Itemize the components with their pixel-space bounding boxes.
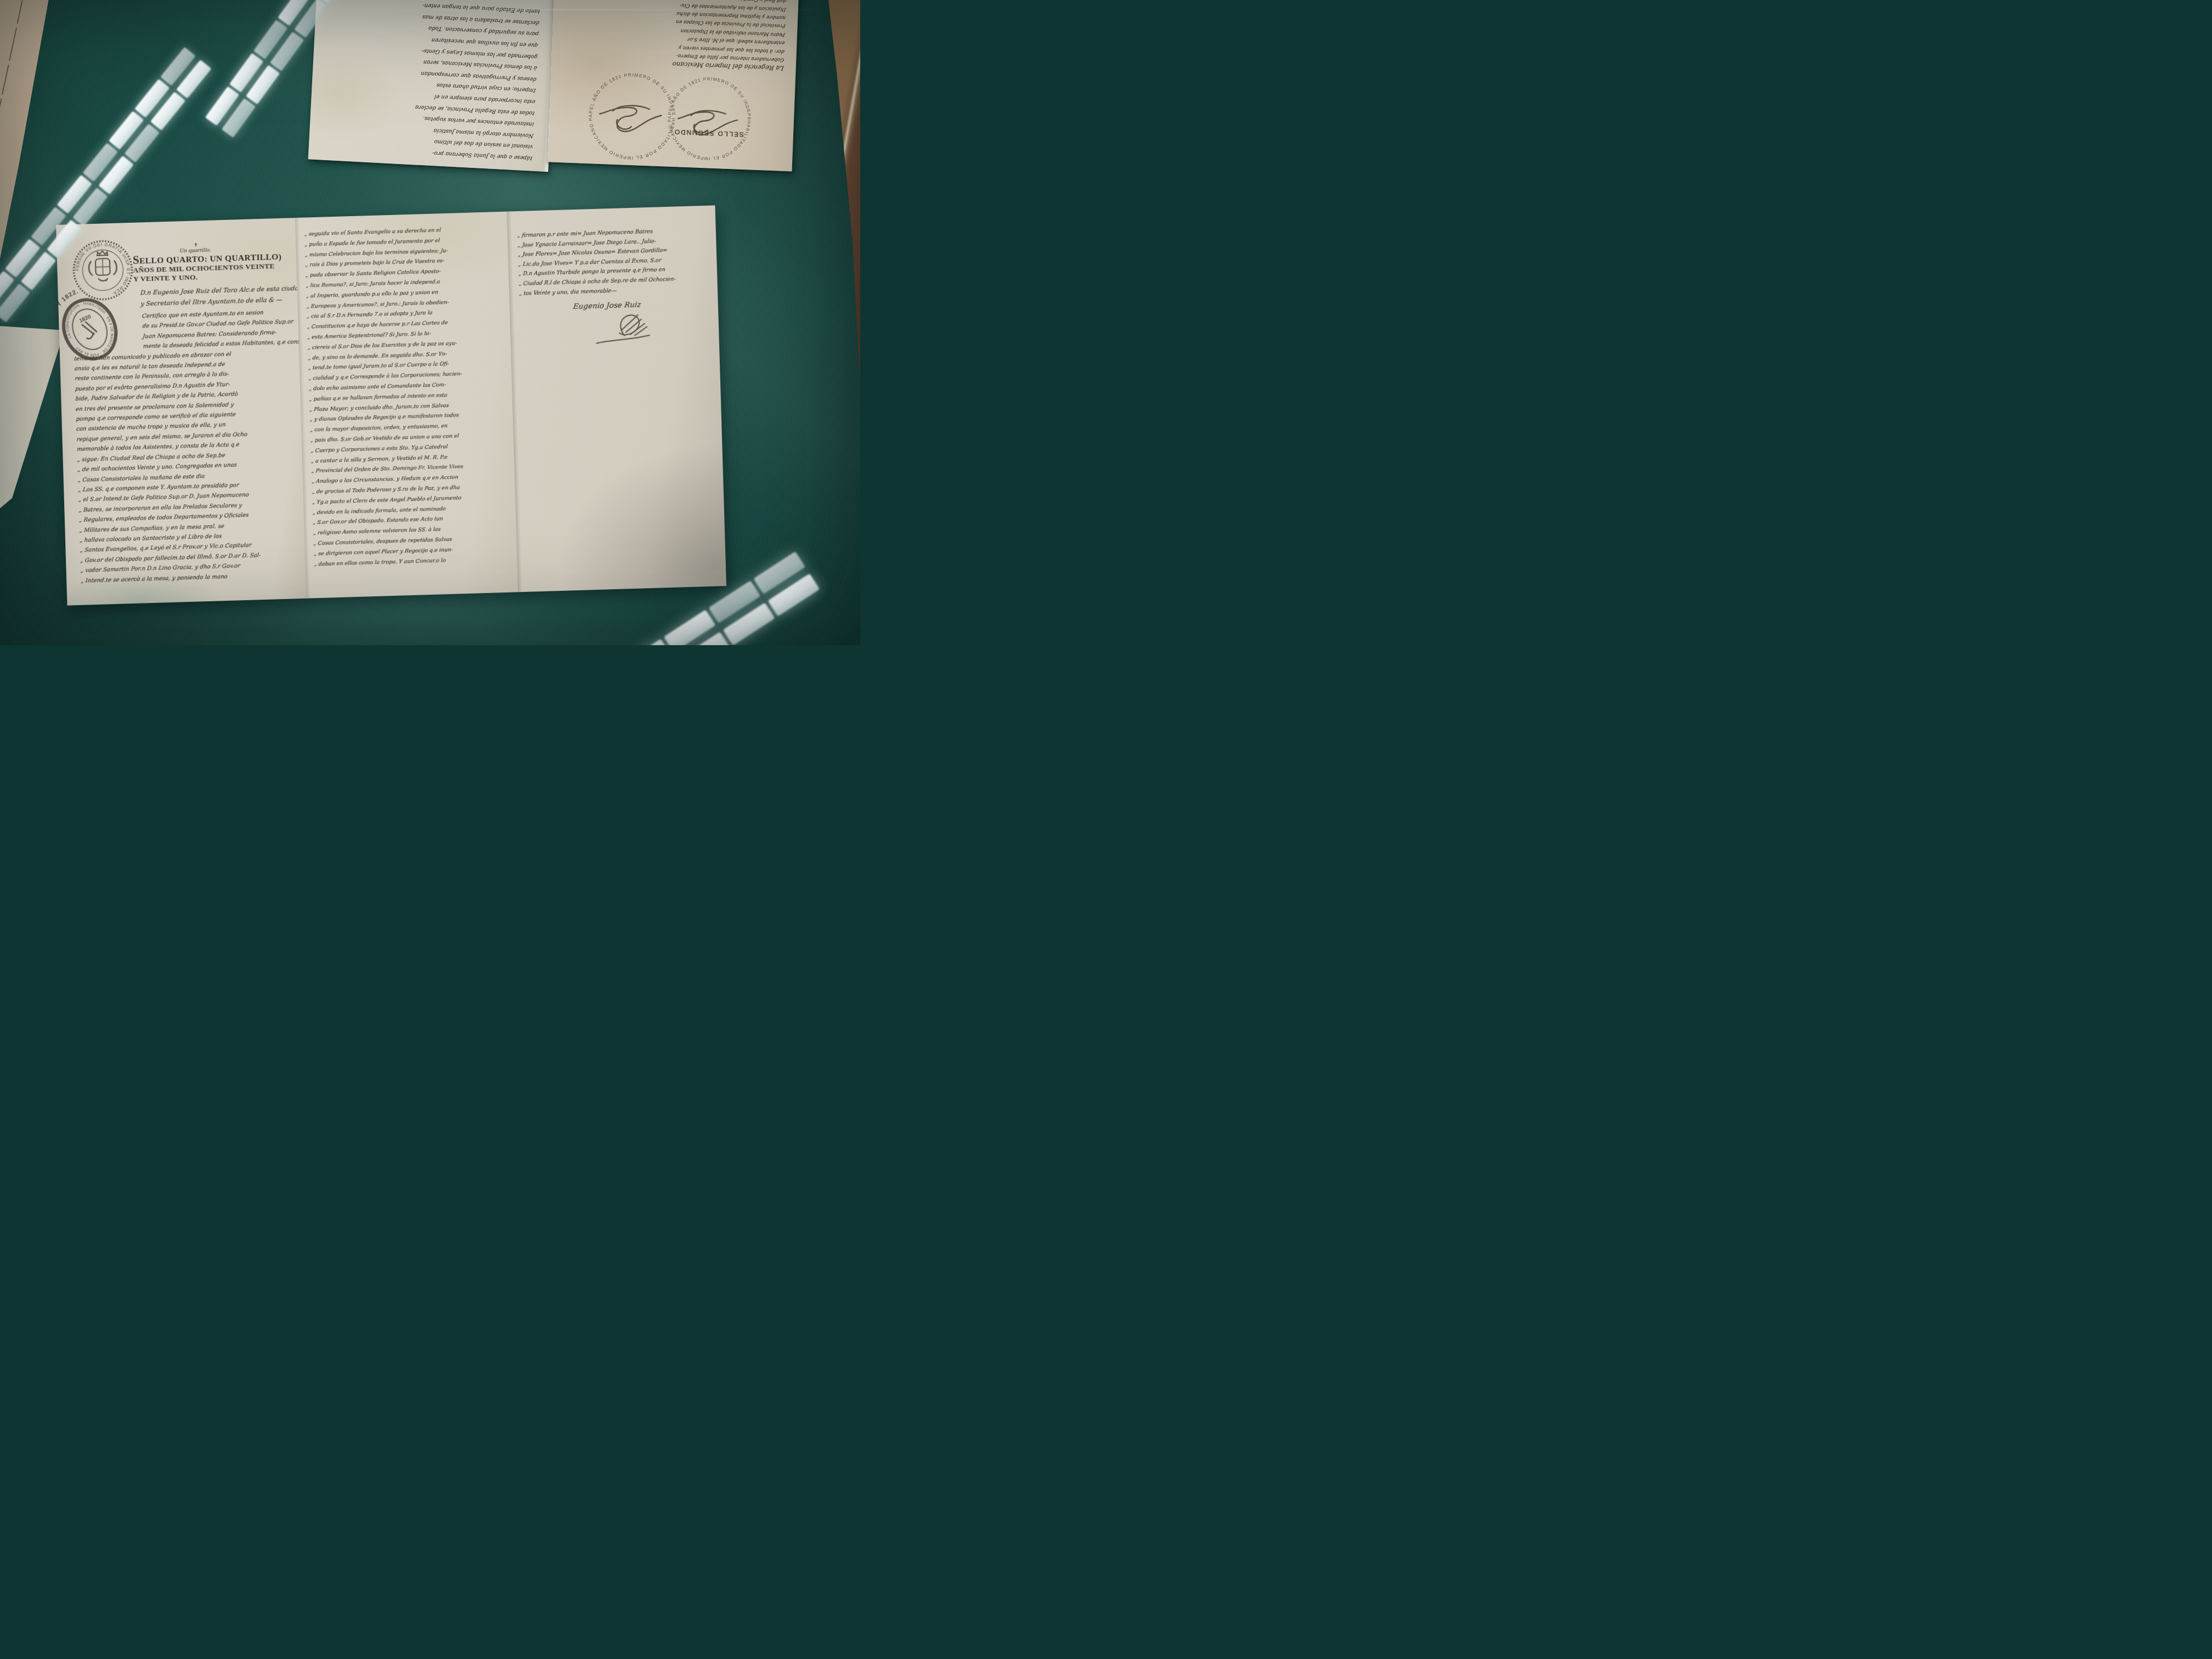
manuscript-lines: tápese a que la Junta Soberana pro-visio… [308, 0, 558, 172]
printed-header: ✝ Un quartillo. SELLO QUARTO: UN QUARTIL… [132, 240, 291, 284]
imperial-stamp-plain: HABILITADO POR EL IMPERIO MEXICANO PAPEL… [580, 65, 684, 168]
rubric-flourish [592, 307, 654, 348]
upside-down-text-right: HABILITADO POR EL IMPERIO MEXICANO PAPEL… [548, 0, 799, 171]
manuscript-lines: La Regencia del Imperio MexicanoGobernad… [559, 0, 787, 74]
page-right: „ firmaron p.r ante mi= Juan Nepomuceno … [507, 205, 726, 592]
svg-text:HABILITADO POR EL IMPERIO MEXI: HABILITADO POR EL IMPERIO MEXICANO PAPEL… [586, 71, 684, 168]
top-middle-sheet: tápese a que la Junta Soberana pro-visio… [308, 0, 558, 172]
manuscript-lines: „ seguida vio el Santo Evangelio a su de… [304, 224, 512, 570]
opening-lines: D.n Eugenio Jose Ruiz del Toro Alc.e de … [140, 283, 297, 309]
upside-down-text-middle: tápese a que la Junta Soberana pro-visio… [308, 0, 558, 172]
manuscript-lines: „ firmaron p.r ante mi= Juan Nepomuceno … [517, 225, 714, 298]
sello-segundo-label: SELLO SEGUNDO [674, 128, 744, 138]
page-center: „ seguida vio el Santo Evangelio a su de… [295, 212, 518, 599]
top-right-sheet: HABILITADO POR EL IMPERIO MEXICANO PAPEL… [548, 0, 799, 171]
main-document: FERDIN·VII·DEI·GRATIA·HISP·ET·IND·REX· [56, 205, 726, 605]
page-left: FERDIN·VII·DEI·GRATIA·HISP·ET·IND·REX· [56, 218, 306, 606]
display-case-photo: tápese a que la Junta Soberana pro-visio… [0, 0, 860, 645]
glass-seam [296, 9, 834, 10]
